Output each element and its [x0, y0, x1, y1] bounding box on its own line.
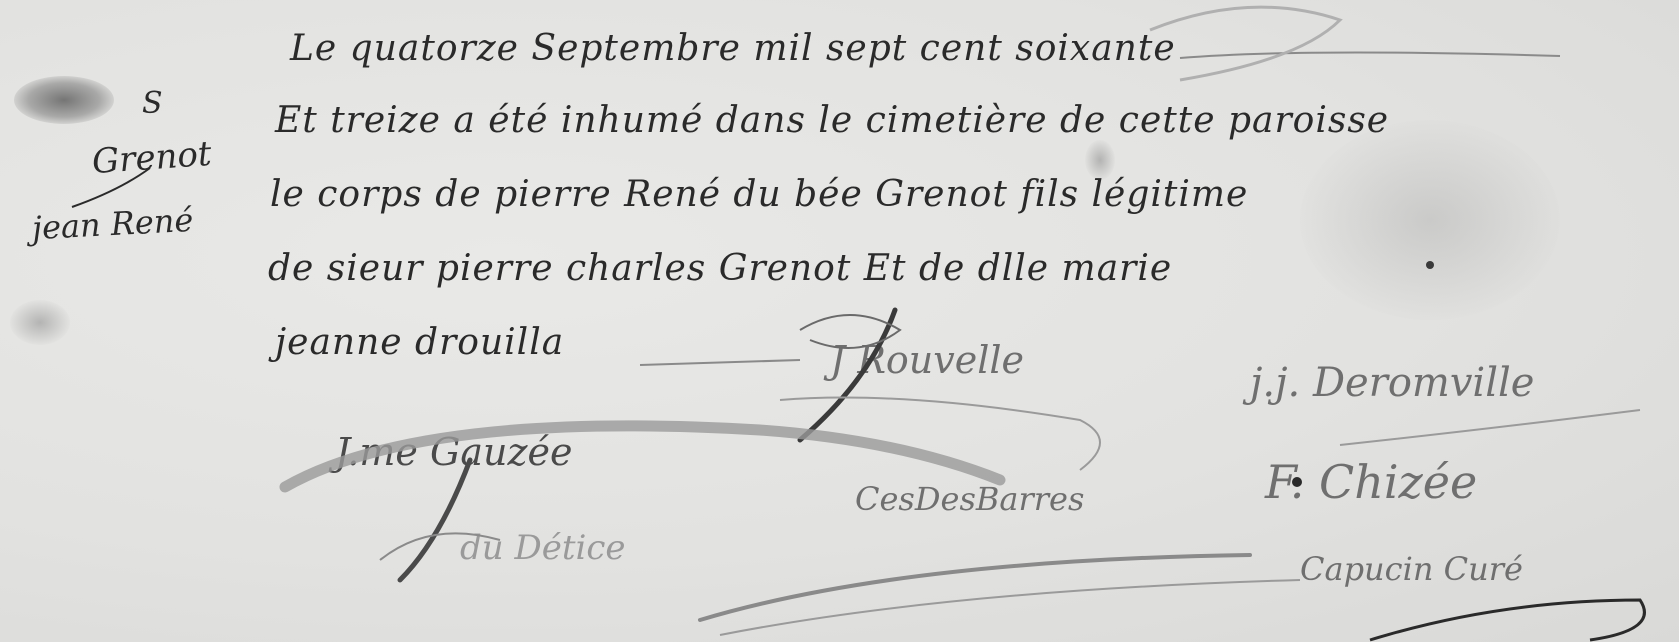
- register-page: S Grenot jean René Le quatorze Septembre…: [0, 0, 1679, 642]
- ink-flourishes: [0, 0, 1679, 642]
